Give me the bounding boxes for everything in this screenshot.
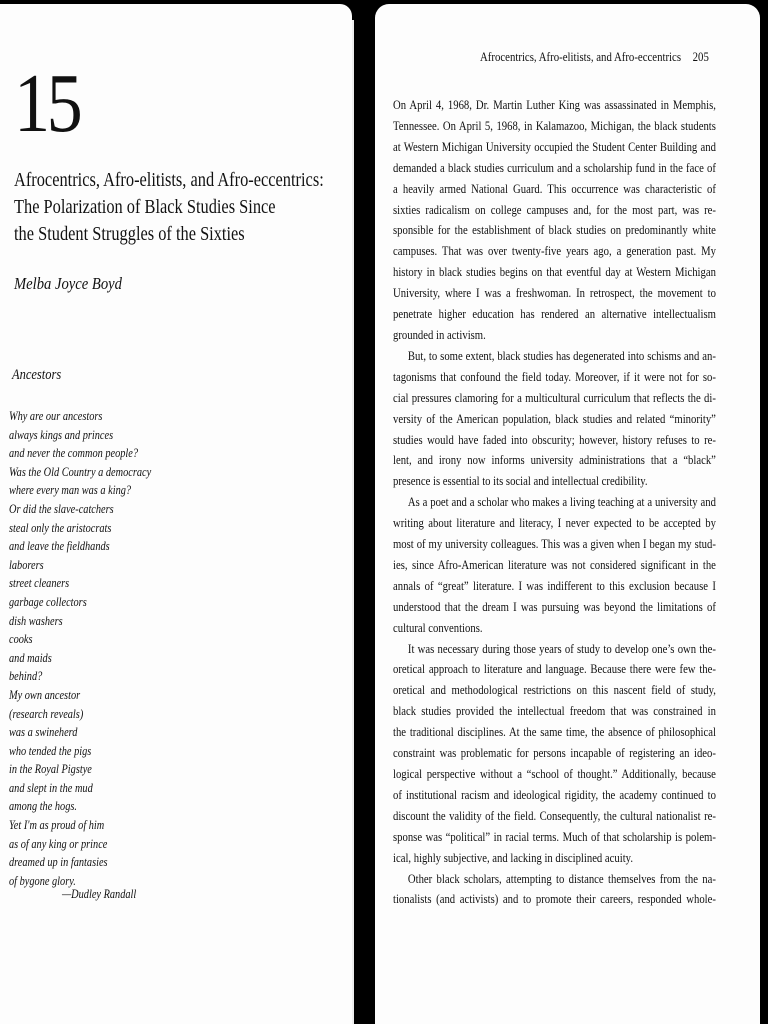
poem-line: (research reveals) (9, 705, 151, 724)
poem-line: laborers (9, 556, 151, 575)
text-line: sponsible for the establishment of black… (393, 220, 716, 241)
text-line: grounded in activism. (393, 325, 716, 346)
poem-line: Was the Old Country a democracy (9, 463, 151, 482)
poem-line: street cleaners (9, 574, 151, 593)
text-line: presence is essential to its social and … (393, 471, 716, 492)
poem-line: always kings and princes (9, 426, 151, 445)
chapter-title-line: Afrocentrics, Afro-elitists, and Afro-ec… (14, 167, 300, 194)
text-line: cial pressures clamoring for a multicult… (393, 388, 716, 409)
poem-line: steal only the aristocrats (9, 519, 151, 538)
poem-line: Why are our ancestors (9, 407, 151, 426)
poem-line: dreamed up in fantasies (9, 853, 151, 872)
poem-line: dish washers (9, 612, 151, 631)
poem-line: was a swineherd (9, 723, 151, 742)
right-page: Afrocentrics, Afro-elitists, and Afro-ec… (375, 4, 760, 1024)
text-line: sponse was “political” in racial terms. … (393, 827, 716, 848)
text-line: oretical and methodological restrictions… (393, 680, 716, 701)
text-line: demanded a black studies curriculum and … (393, 158, 716, 179)
text-line: penetrate higher education has rendered … (393, 304, 716, 325)
text-line: the traditional disciplines. At the same… (393, 722, 716, 743)
text-line: ies, since Afro-American literature was … (393, 555, 716, 576)
text-line: a heavily armed National Guard. This occ… (393, 179, 716, 200)
text-line: sixties radicalism on college campuses a… (393, 200, 716, 221)
poem-line: My own ancestor (9, 686, 151, 705)
text-line: oretical approach to literature and lang… (393, 659, 716, 680)
chapter-title: Afrocentrics, Afro-elitists, and Afro-ec… (14, 167, 300, 248)
text-line: of institutional racism and ideological … (393, 785, 716, 806)
text-line: understood that the dream I was pursuing… (393, 597, 716, 618)
poem-line: and leave the fieldhands (9, 537, 151, 556)
text-line: As a poet and a scholar who makes a livi… (393, 492, 716, 513)
poem-line: garbage collectors (9, 593, 151, 612)
poem-line: behind? (9, 667, 151, 686)
running-head: Afrocentrics, Afro-elitists, and Afro-ec… (480, 49, 744, 65)
text-line: studies would have faded into obscurity;… (393, 430, 716, 451)
text-line: campuses. That was over twenty-five year… (393, 241, 716, 262)
poem-line: cooks (9, 630, 151, 649)
chapter-title-line: the Student Struggles of the Sixties (14, 221, 300, 248)
text-line: black studies provided the intellectual … (393, 701, 716, 722)
poem-line: and slept in the mud (9, 779, 151, 798)
chapter-number: 15 (14, 62, 79, 146)
text-line: history in black studies begins on that … (393, 262, 716, 283)
text-line: most of my university colleagues. This w… (393, 534, 716, 555)
text-line: versity of the American population, blac… (393, 409, 716, 430)
poem-line: and maids (9, 649, 151, 668)
poem-line: as of any king or prince (9, 835, 151, 854)
text-line: ical, highly subjective, and lacking in … (393, 848, 716, 869)
text-line: constraint was problematic for persons i… (393, 743, 716, 764)
chapter-author: Melba Joyce Boyd (14, 274, 122, 294)
text-line: discount the validity of the field. Cons… (393, 806, 716, 827)
poem-line: and never the common people? (9, 444, 151, 463)
text-line: tagonisms that confound the field today.… (393, 367, 716, 388)
poem-line: where every man was a king? (9, 481, 151, 500)
page-number: 205 (693, 49, 709, 64)
chapter-title-line: The Polarization of Black Studies Since (14, 194, 300, 221)
poem-line: who tended the pigs (9, 742, 151, 761)
text-line: cultural conventions. (393, 618, 716, 639)
poem-line: Or did the slave-catchers (9, 500, 151, 519)
text-line: Tennessee. On April 5, 1968, in Kalamazo… (393, 116, 716, 137)
poem-line: Yet I'm as proud of him (9, 816, 151, 835)
book-spine-edge (352, 20, 354, 1024)
running-head-title: Afrocentrics, Afro-elitists, and Afro-ec… (480, 49, 681, 64)
text-line: It was necessary during those years of s… (393, 639, 716, 660)
text-line: logical perspective without a “school of… (393, 764, 716, 785)
poem-line: in the Royal Pigstye (9, 760, 151, 779)
body-text: On April 4, 1968, Dr. Martin Luther King… (393, 95, 716, 910)
poem-line: among the hogs. (9, 797, 151, 816)
text-line: On April 4, 1968, Dr. Martin Luther King… (393, 95, 716, 116)
text-line: at Western Michigan University occupied … (393, 137, 716, 158)
text-line: But, to some extent, black studies has d… (393, 346, 716, 367)
epigraph-attribution: —Dudley Randall (62, 887, 136, 902)
text-line: lent, and irony now informs university a… (393, 450, 716, 471)
epigraph-title: Ancestors (12, 367, 61, 384)
text-line: Other black scholars, attempting to dist… (393, 869, 716, 890)
text-line: University, where I was a freshwoman. In… (393, 283, 716, 304)
text-line: annals of “great” literature. I was indi… (393, 576, 716, 597)
text-line: tionalists (and activists) and to promot… (393, 889, 716, 910)
left-page: 15 Afrocentrics, Afro-elitists, and Afro… (0, 4, 352, 1024)
text-line: writing about literature and literacy, I… (393, 513, 716, 534)
epigraph-poem: Why are our ancestors always kings and p… (9, 407, 151, 890)
